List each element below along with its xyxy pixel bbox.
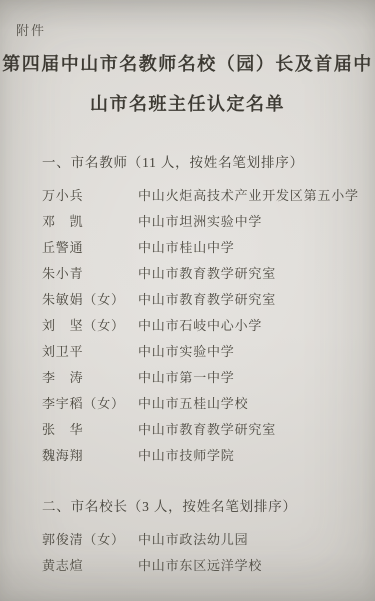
school-cell: 中山市东区远洋学校 — [138, 555, 367, 574]
school-cell: 中山市坦洲实验中学 — [138, 211, 367, 230]
recognition-list: 一、市名教师（11 人，按姓名笔划排序） 万小兵 中山火炬高技术产业开发区第五小… — [42, 150, 367, 577]
name-cell: 朱敏娟（女） — [42, 289, 138, 308]
school-cell: 中山市实验中学 — [138, 341, 367, 360]
school-cell: 中山市石岐中心小学 — [138, 315, 367, 334]
document-photo: { "doc": { "attachment_label": "附件", "ti… — [0, 0, 375, 601]
school-cell: 中山市第一中学 — [138, 367, 367, 386]
table-row: 丘警通 中山市桂山中学 — [42, 233, 367, 259]
table-row: 张 华 中山市教育教学研究室 — [42, 415, 367, 441]
page-title-line1: 第四届中山市名教师名校（园）长及首届中 — [0, 44, 375, 84]
name-cell: 万小兵 — [42, 185, 138, 204]
section-heading: 一、市名教师（11 人，按姓名笔划排序） — [42, 150, 367, 176]
table-row: 刘 坚（女） 中山市石岐中心小学 — [42, 311, 367, 337]
page-title-line2: 山市名班主任认定名单 — [0, 84, 375, 124]
table-row: 魏海翔 中山市技师学院 — [42, 441, 367, 467]
school-cell: 中山市教育教学研究室 — [138, 289, 367, 308]
school-cell: 中山市政法幼儿园 — [138, 529, 367, 548]
table-row: 李 涛 中山市第一中学 — [42, 363, 367, 389]
school-cell: 中山市教育教学研究室 — [138, 419, 367, 438]
name-cell: 刘 坚（女） — [42, 315, 138, 334]
school-cell: 中山市五桂山学校 — [138, 393, 367, 412]
name-cell: 李宇稻（女） — [42, 393, 138, 412]
name-cell: 刘卫平 — [42, 341, 138, 360]
table-row: 李宇稻（女） 中山市五桂山学校 — [42, 389, 367, 415]
section-teachers: 一、市名教师（11 人，按姓名笔划排序） 万小兵 中山火炬高技术产业开发区第五小… — [42, 150, 367, 467]
school-cell: 中山市教育教学研究室 — [138, 263, 367, 282]
table-row: 黄志煊 中山市东区远洋学校 — [42, 551, 367, 577]
name-cell: 魏海翔 — [42, 445, 138, 464]
table-row: 朱小青 中山市教育教学研究室 — [42, 259, 367, 285]
name-cell: 李 涛 — [42, 367, 138, 386]
page-title: 第四届中山市名教师名校（园）长及首届中 山市名班主任认定名单 — [0, 44, 375, 124]
name-cell: 丘警通 — [42, 237, 138, 256]
name-cell: 朱小青 — [42, 263, 138, 282]
school-cell: 中山市技师学院 — [138, 445, 367, 464]
section-principals: 二、市名校长（3 人，按姓名笔划排序） 郭俊清（女） 中山市政法幼儿园 黄志煊 … — [42, 494, 367, 577]
attachment-label: 附件 — [16, 20, 46, 39]
name-cell: 邓 凯 — [42, 211, 138, 230]
table-row: 邓 凯 中山市坦洲实验中学 — [42, 207, 367, 233]
name-cell: 郭俊清（女） — [42, 529, 138, 548]
school-cell: 中山市桂山中学 — [138, 237, 367, 256]
name-cell: 黄志煊 — [42, 555, 138, 574]
table-row: 朱敏娟（女） 中山市教育教学研究室 — [42, 285, 367, 311]
table-row: 郭俊清（女） 中山市政法幼儿园 — [42, 525, 367, 551]
table-row: 万小兵 中山火炬高技术产业开发区第五小学 — [42, 181, 367, 207]
section-heading: 二、市名校长（3 人，按姓名笔划排序） — [42, 494, 367, 520]
name-cell: 张 华 — [42, 419, 138, 438]
table-row: 刘卫平 中山市实验中学 — [42, 337, 367, 363]
school-cell: 中山火炬高技术产业开发区第五小学 — [138, 185, 367, 204]
